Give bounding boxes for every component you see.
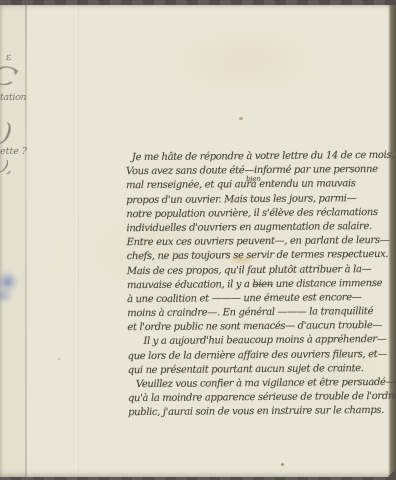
letter-text-block: Je me hâte de répondre à votre lettre du… <box>126 149 396 421</box>
foxing-spot <box>239 117 243 120</box>
foxing-spot <box>281 463 284 466</box>
letter-line-text: mal renseignée, et qui aura entendu un m… <box>126 179 356 192</box>
letter-line-text: chefs, ne pas toujours se servir de term… <box>127 249 389 262</box>
letter-line-text: et l'ordre public ne sont menacés— d'auc… <box>127 320 382 333</box>
letter-line-text: Entre eux ces ouvriers peuvent—, en parl… <box>127 235 390 248</box>
letter-line-text: Veuillez vous confier à ma vigilance et … <box>136 377 395 390</box>
letter-line: public, j'aurai soin de vous en instruir… <box>128 404 396 421</box>
fold-crease-faint <box>78 5 79 477</box>
letter-line-text: Mais de ces propos, qu'il faut plutôt at… <box>127 264 371 277</box>
letter-line-text: propos d'un ouvrier. Mais tous les jours… <box>126 193 356 206</box>
letter-line-text: Il y a aujourd'hui beaucoup moins à appr… <box>143 334 386 347</box>
letter-line-text: notre population ouvrière, il s'élève de… <box>126 207 377 220</box>
fold-crease <box>25 5 27 477</box>
scanned-letter-page: ε C tation ) ette ? ), Je me hâte de rép… <box>0 0 396 480</box>
letter-line-text: individuelles d'ouvriers en augmentation… <box>126 221 371 234</box>
letter-line-text: Je me hâte de répondre à votre lettre du… <box>132 150 394 163</box>
letter-line-text: qui ne présentait pourtant aucun sujet d… <box>128 363 364 376</box>
letter-line-text: moins à craindre—. En général ——— la tra… <box>127 306 373 319</box>
foxing-spot <box>58 358 60 360</box>
interline-insertion: bien <box>246 172 261 186</box>
clipped-corner <box>370 454 396 480</box>
letter-line-text: public, j'aurai soin de vous en instruir… <box>128 405 384 418</box>
margin-fragment: tation <box>0 92 26 103</box>
letter-line-text: mauvaise éducation, il y a b̶i̶e̶n̶ une … <box>127 278 382 291</box>
letter-line-text: qu'à la moindre apparence sérieuse de tr… <box>128 391 396 404</box>
letter-line-text: à une coalition et ——— une émeute est en… <box>127 292 361 305</box>
letter-line-text: que lors de la dernière affaire des ouvr… <box>128 349 388 362</box>
